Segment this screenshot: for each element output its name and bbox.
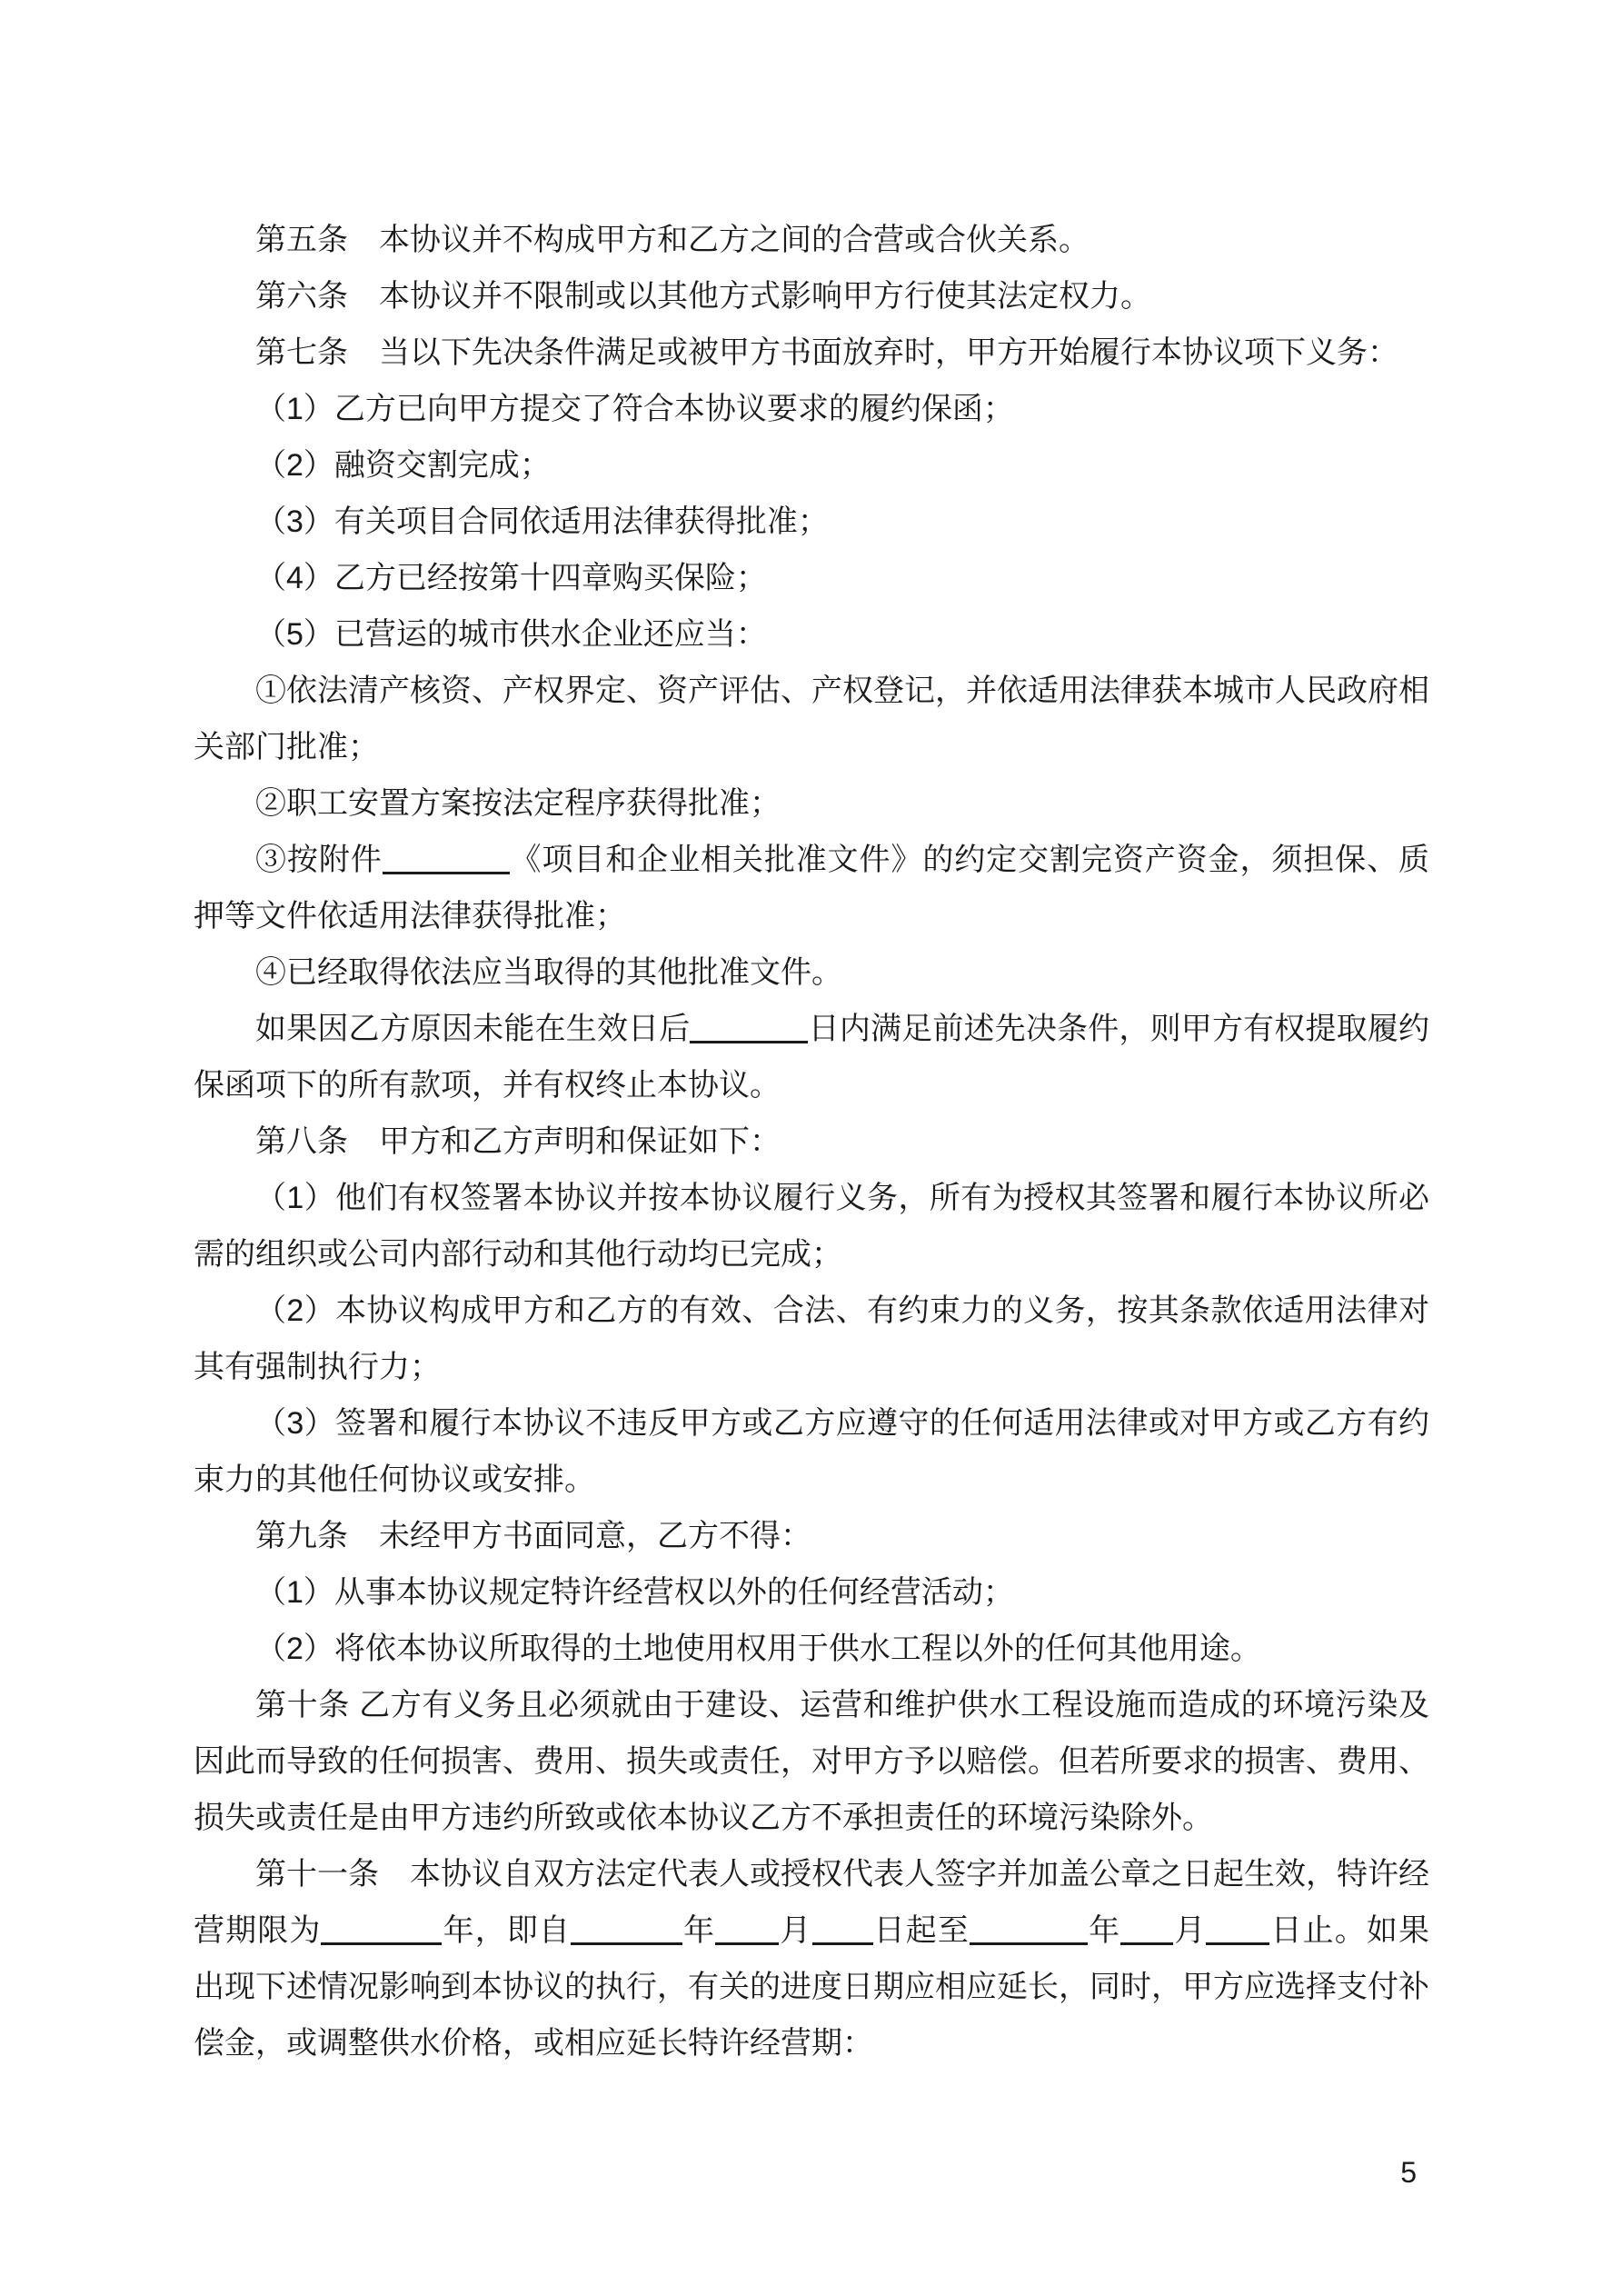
document-page: 第五条 本协议并不构成甲方和乙方之间的合营或合伙关系。第六条 本协议并不限制或以…	[0, 0, 1622, 2296]
paragraph-clause-8-item-1: （1）他们有权签署本协议并按本协议履行义务，所有为授权其签署和履行本协议所必需的…	[194, 1170, 1429, 1283]
paragraph-clause-7-item-5-sub-3: ③按附件《项目和企业相关批准文件》的约定交割完资产资金，须担保、质押等文件依适用…	[194, 832, 1429, 944]
text-run: （2）将依本协议所取得的土地使用权用于供水工程以外的任何其他用途。	[255, 1632, 1261, 1666]
paragraph-clause-5: 第五条 本协议并不构成甲方和乙方之间的合营或合伙关系。	[194, 212, 1429, 268]
text-run: 第九条 未经甲方书面同意，乙方不得：	[255, 1519, 811, 1553]
text-run: ③按附件	[255, 843, 383, 877]
paragraph-clause-7: 第七条 当以下先决条件满足或被甲方书面放弃时，甲方开始履行本协议项下义务：	[194, 324, 1429, 381]
text-run: （5）已营运的城市供水企业还应当：	[255, 617, 767, 652]
paragraph-clause-7-item-4: （4）乙方已经按第十四章购买保险；	[194, 550, 1429, 606]
fill-in-blank	[321, 1917, 442, 1945]
text-run: （1）从事本协议规定特许经营权以外的任何经营活动；	[255, 1575, 1014, 1610]
text-run: 如果因乙方原因未能在生效日后	[255, 1012, 690, 1046]
page-number: 5	[194, 2156, 1417, 2189]
text-run: （4）乙方已经按第十四章购买保险；	[255, 561, 767, 595]
paragraph-clause-9-item-2: （2）将依本协议所取得的土地使用权用于供水工程以外的任何其他用途。	[194, 1621, 1429, 1677]
text-run: 第十条 乙方有义务且必须就由于建设、运营和维护供水工程设施而造成的环境污染及因此…	[194, 1688, 1429, 1835]
text-run: 月	[779, 1913, 811, 1948]
fill-in-blank	[715, 1917, 779, 1945]
text-run: 第七条 当以下先决条件满足或被甲方书面放弃时，甲方开始履行本协议项下义务：	[255, 335, 1398, 370]
text-run: （3）签署和履行本协议不违反甲方或乙方应遵守的任何适用法律或对甲方或乙方有约束力…	[194, 1406, 1429, 1497]
text-run: （2）融资交割完成；	[255, 448, 551, 483]
paragraph-clause-8-item-3: （3）签署和履行本协议不违反甲方或乙方应遵守的任何适用法律或对甲方或乙方有约束力…	[194, 1395, 1429, 1508]
paragraph-clause-6: 第六条 本协议并不限制或以其他方式影响甲方行使其法定权力。	[194, 268, 1429, 324]
paragraph-clause-11: 第十一条 本协议自双方法定代表人或授权代表人签字并加盖公章之日起生效，特许经营期…	[194, 1846, 1429, 2071]
paragraph-clause-7-item-5-sub-4: ④已经取得依法应当取得的其他批准文件。	[194, 944, 1429, 1001]
text-run: （2）本协议构成甲方和乙方的有效、合法、有约束力的义务，按其条款依适用法律对其有…	[194, 1293, 1429, 1384]
fill-in-blank	[812, 1917, 873, 1945]
text-run: 第八条 甲方和乙方声明和保证如下：	[255, 1124, 781, 1159]
fill-in-blank	[690, 1015, 808, 1043]
text-run: 第五条 本协议并不构成甲方和乙方之间的合营或合伙关系。	[255, 223, 1090, 257]
paragraph-clause-8-item-2: （2）本协议构成甲方和乙方的有效、合法、有约束力的义务，按其条款依适用法律对其有…	[194, 1283, 1429, 1395]
fill-in-blank	[571, 1917, 682, 1945]
paragraph-clause-7-item-3: （3）有关项目合同依适用法律获得批准；	[194, 494, 1429, 550]
text-run: 年，即自	[442, 1913, 571, 1948]
text-run: 月	[1173, 1913, 1206, 1948]
fill-in-blank	[383, 846, 510, 874]
text-run: （1）乙方已向甲方提交了符合本协议要求的履约保函；	[255, 392, 1014, 426]
fill-in-blank	[1206, 1917, 1269, 1945]
paragraph-clause-7-item-5-sub-2: ②职工安置方案按法定程序获得批准；	[194, 775, 1429, 832]
paragraph-clause-9: 第九条 未经甲方书面同意，乙方不得：	[194, 1508, 1429, 1564]
text-run: 日起至	[873, 1913, 970, 1948]
paragraph-clause-7-item-2: （2）融资交割完成；	[194, 437, 1429, 494]
paragraph-clause-7-remedy: 如果因乙方原因未能在生效日后日内满足前述先决条件，则甲方有权提取履约保函项下的所…	[194, 1001, 1429, 1113]
paragraph-clause-9-item-1: （1）从事本协议规定特许经营权以外的任何经营活动；	[194, 1564, 1429, 1621]
paragraph-clause-7-item-5: （5）已营运的城市供水企业还应当：	[194, 606, 1429, 663]
text-run: 年	[682, 1913, 715, 1948]
fill-in-blank	[970, 1917, 1088, 1945]
document-body: 第五条 本协议并不构成甲方和乙方之间的合营或合伙关系。第六条 本协议并不限制或以…	[194, 212, 1429, 2071]
paragraph-clause-7-item-1: （1）乙方已向甲方提交了符合本协议要求的履约保函；	[194, 381, 1429, 437]
text-run: （3）有关项目合同依适用法律获得批准；	[255, 504, 829, 539]
text-run: 年	[1088, 1913, 1120, 1948]
text-run: ④已经取得依法应当取得的其他批准文件。	[255, 955, 842, 990]
text-run: ②职工安置方案按法定程序获得批准；	[255, 786, 781, 821]
text-run: 第六条 本协议并不限制或以其他方式影响甲方行使其法定权力。	[255, 279, 1151, 314]
text-run: （1）他们有权签署本协议并按本协议履行义务，所有为授权其签署和履行本协议所必需的…	[194, 1181, 1429, 1272]
paragraph-clause-10: 第十条 乙方有义务且必须就由于建设、运营和维护供水工程设施而造成的环境污染及因此…	[194, 1677, 1429, 1846]
paragraph-clause-8: 第八条 甲方和乙方声明和保证如下：	[194, 1113, 1429, 1170]
paragraph-clause-7-item-5-sub-1: ①依法清产核资、产权界定、资产评估、产权登记，并依适用法律获本城市人民政府相关部…	[194, 663, 1429, 775]
fill-in-blank	[1120, 1917, 1173, 1945]
text-run: ①依法清产核资、产权界定、资产评估、产权登记，并依适用法律获本城市人民政府相关部…	[194, 674, 1429, 764]
